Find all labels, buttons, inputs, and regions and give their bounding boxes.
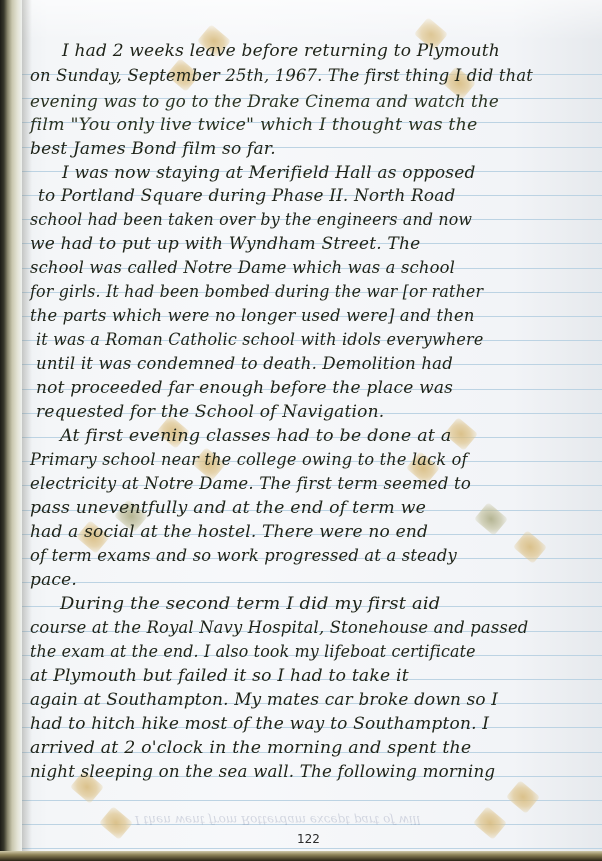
handwritten-line: school was called Notre Dame which was a… [30,258,577,278]
handwritten-line: not proceeded far enough before the plac… [36,378,602,398]
handwritten-line: until it was condemned to death. Demolit… [36,354,589,374]
handwritten-line: electricity at Notre Dame. The first ter… [30,474,583,494]
handwritten-line: school had been taken over by the engine… [30,210,560,230]
book-binding [0,0,22,861]
ruled-line [22,848,602,849]
handwritten-line: at Plymouth but failed it so I had to ta… [30,666,602,686]
handwritten-line: I had 2 weeks leave before returning to … [62,41,602,61]
tape-stain [506,780,540,814]
handwritten-line: At first evening classes had to be done … [60,426,602,446]
handwritten-line: for girls. It had been bombed during the… [30,282,560,302]
handwritten-line: had to hitch hike most of the way to Sou… [30,714,600,734]
page-number: 122 [297,832,320,846]
page-bottom-edge [0,851,602,861]
handwritten-line: evening was to go to the Drake Cinema an… [30,92,589,112]
handwritten-line: arrived at 2 o'clock in the morning and … [30,738,602,758]
handwritten-line: film "You only live twice" which I thoug… [30,115,602,135]
handwritten-line: pace. [30,570,600,590]
page-glare [0,0,602,40]
handwritten-line: to Portland Square during Phase II. Nort… [38,186,602,206]
tape-stain [473,806,507,840]
handwritten-line: requested for the School of Navigation. [36,402,602,422]
handwritten-line: had a social at the hostel. There were n… [30,522,600,542]
handwritten-line: Primary school near the college owing to… [30,450,572,470]
tape-stain [99,806,133,840]
handwritten-line: of term exams and so work progressed at … [30,546,577,566]
handwritten-line: night sleeping on the sea wall. The foll… [30,762,589,782]
handwritten-line: the exam at the end. I also took my life… [30,642,560,662]
handwritten-line: I was now staying at Merifield Hall as o… [62,163,602,183]
bleed-through-text: I then went from Rotterdam except part o… [135,813,420,827]
handwritten-line: pass uneventfully and at the end of term… [30,498,602,518]
journal-page: I had 2 weeks leave before returning to … [0,0,602,861]
handwritten-line: again at Southampton. My mates car broke… [30,690,594,710]
handwritten-line: we had to put up with Wyndham Street. Th… [30,234,600,254]
handwritten-line: it was a Roman Catholic school with idol… [36,330,572,350]
handwritten-line: course at the Royal Navy Hospital, Stone… [30,618,577,638]
handwritten-line: best James Bond film so far. [30,139,600,159]
handwritten-line: on Sunday, September 25th, 1967. The fir… [30,66,577,86]
handwritten-line: During the second term I did my first ai… [60,594,602,614]
handwritten-line: the parts which were no longer used were… [30,306,577,326]
